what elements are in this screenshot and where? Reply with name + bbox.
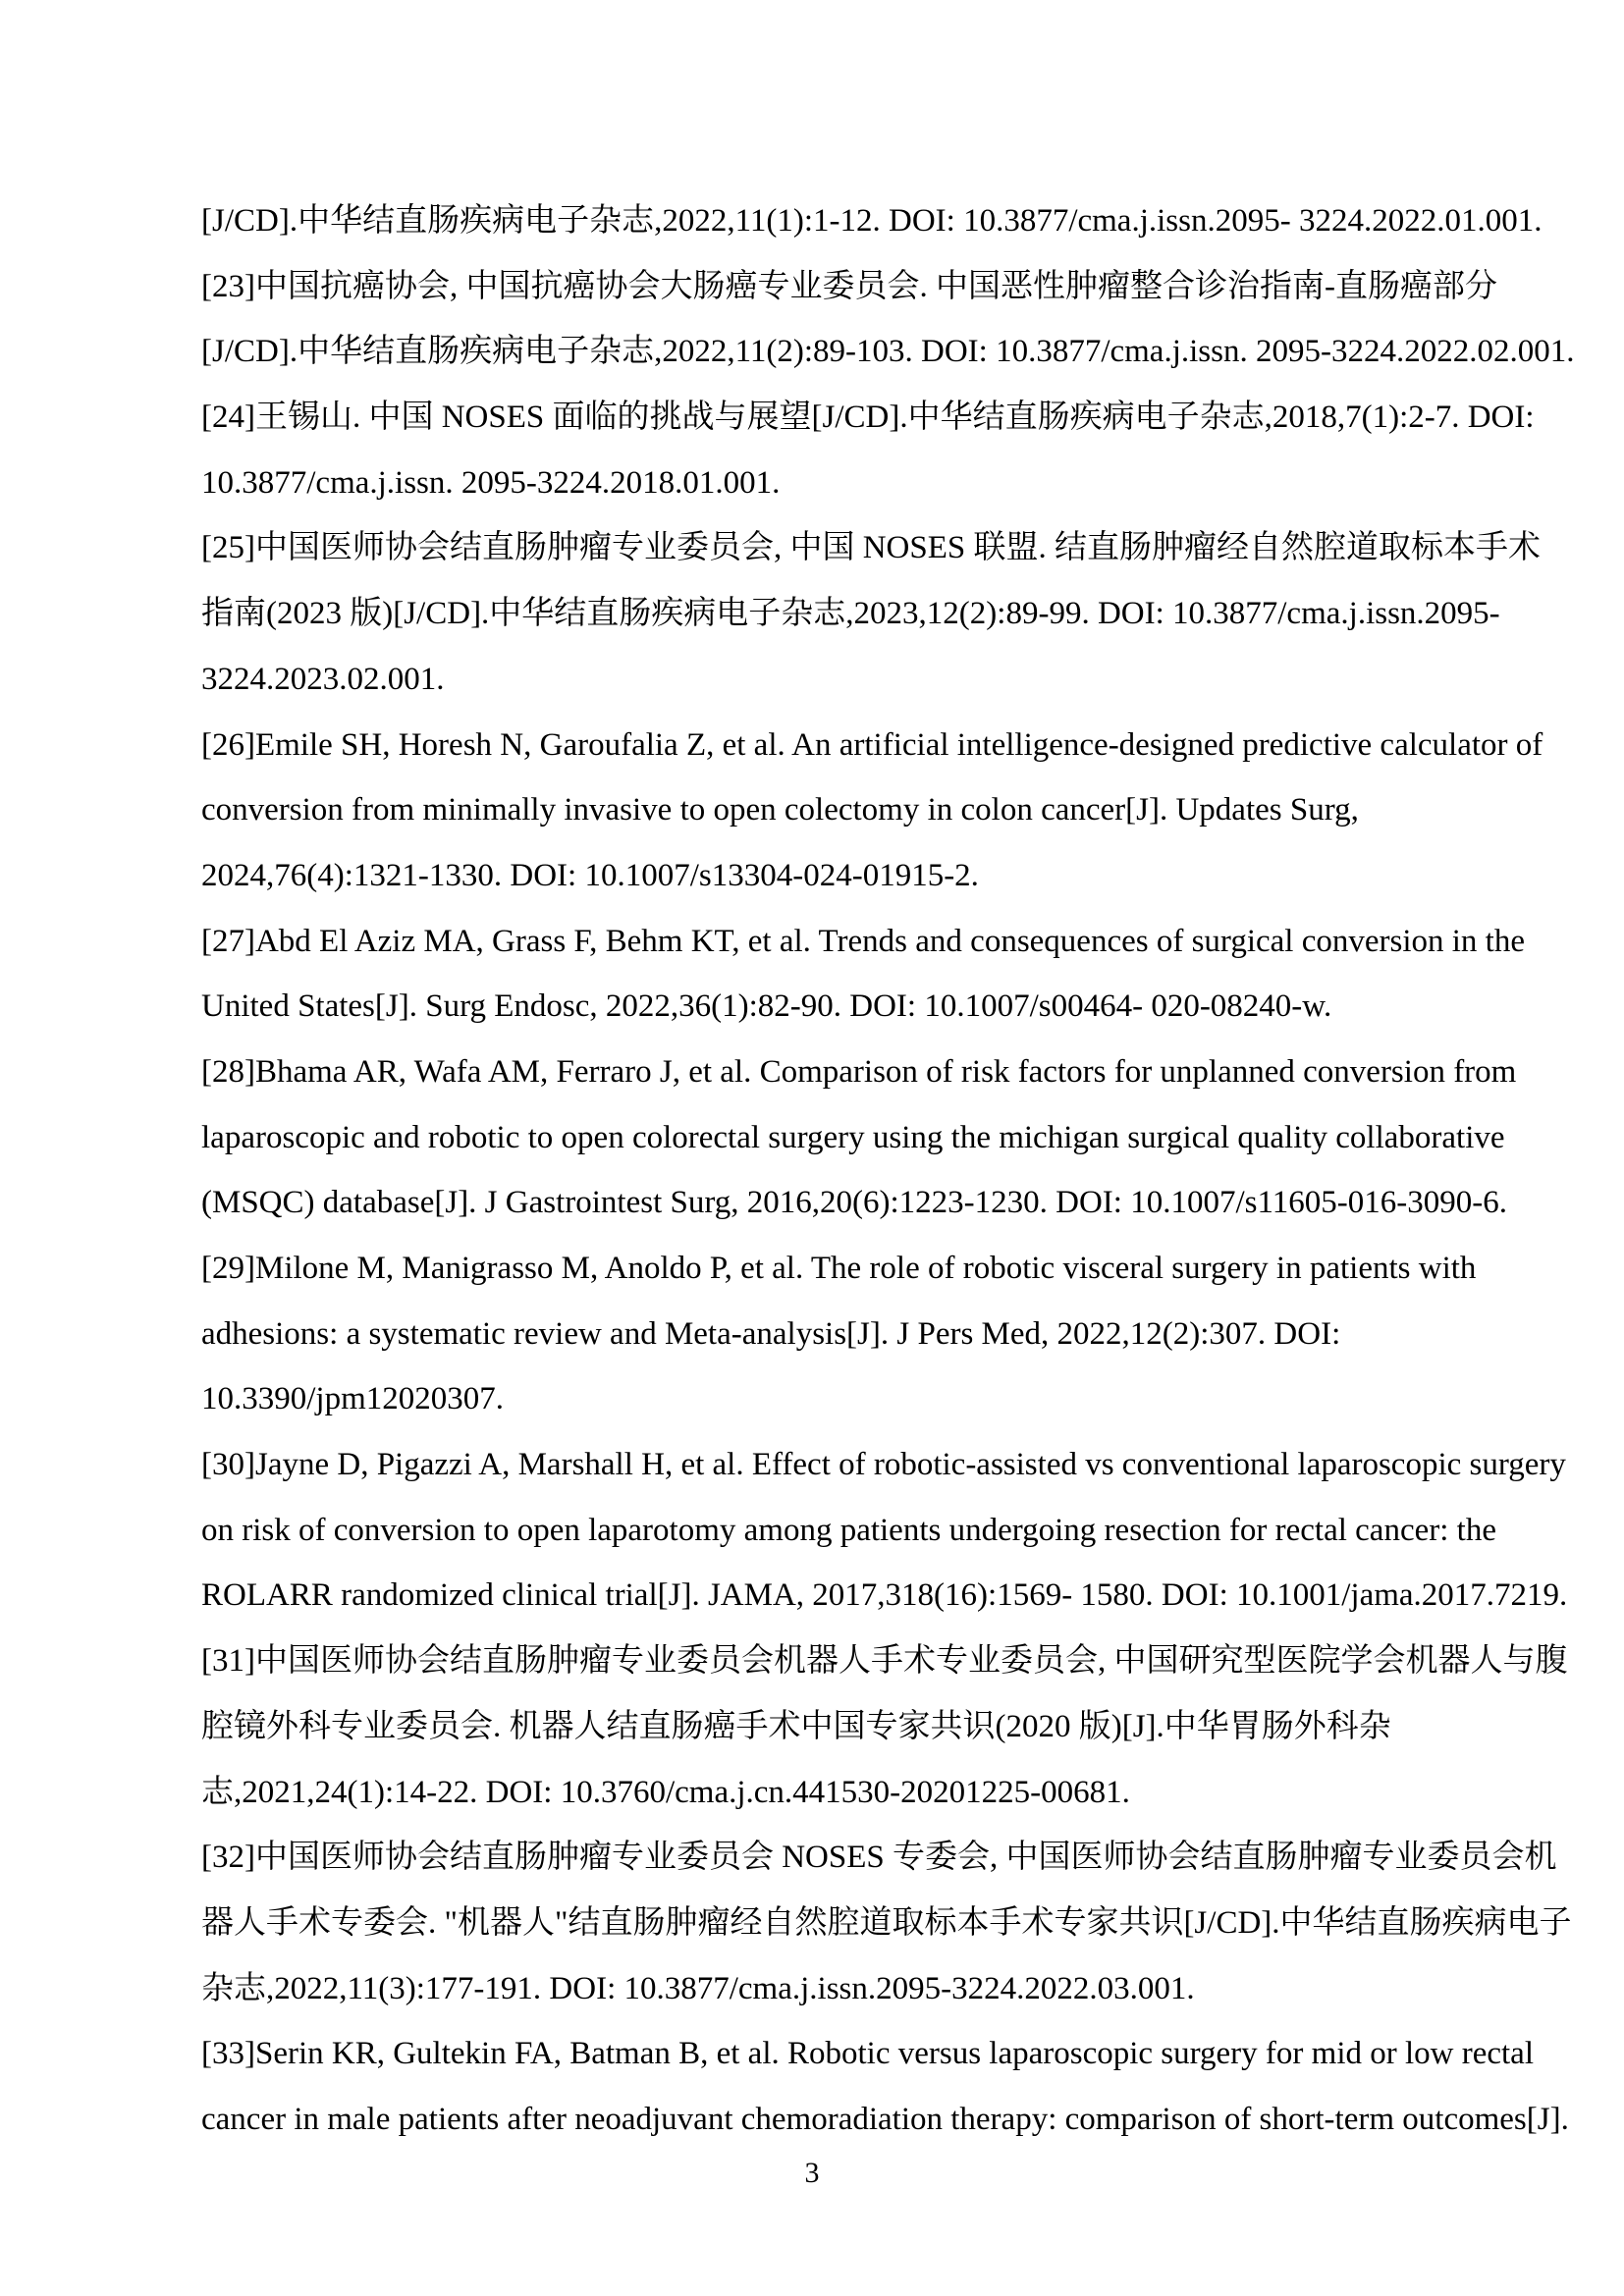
reference-line: 2024,76(4):1321-1330. DOI: 10.1007/s1330… — [201, 843, 1468, 909]
reference-line: adhesions: a systematic review and Meta-… — [201, 1302, 1468, 1367]
reference-line: 10.3390/jpm12020307. — [201, 1366, 1468, 1432]
reference-line: [24]王锡山. 中国 NOSES 面临的挑战与展望[J/CD].中华结直肠疾病… — [201, 385, 1468, 451]
reference-line: [32]中国医师协会结直肠肿瘤专业委员会 NOSES 专委会, 中国医师协会结直… — [201, 1825, 1468, 1891]
references-text-block: [J/CD].中华结直肠疾病电子杂志,2022,11(1):1-12. DOI:… — [201, 188, 1468, 2153]
reference-line: ROLARR randomized clinical trial[J]. JAM… — [201, 1563, 1468, 1629]
reference-line: (MSQC) database[J]. J Gastrointest Surg,… — [201, 1170, 1468, 1236]
reference-line: on risk of conversion to open laparotomy… — [201, 1498, 1468, 1564]
reference-line: United States[J]. Surg Endosc, 2022,36(1… — [201, 974, 1468, 1040]
reference-line: [29]Milone M, Manigrasso M, Anoldo P, et… — [201, 1236, 1468, 1302]
reference-line: 10.3877/cma.j.issn. 2095-3224.2018.01.00… — [201, 451, 1468, 516]
reference-line: [25]中国医师协会结直肠肿瘤专业委员会, 中国 NOSES 联盟. 结直肠肿瘤… — [201, 515, 1468, 581]
reference-line: [27]Abd El Aziz MA, Grass F, Behm KT, et… — [201, 909, 1468, 975]
reference-line: 3224.2023.02.001. — [201, 647, 1468, 713]
reference-line: [23]中国抗癌协会, 中国抗癌协会大肠癌专业委员会. 中国恶性肿瘤整合诊治指南… — [201, 254, 1468, 320]
reference-line: [30]Jayne D, Pigazzi A, Marshall H, et a… — [201, 1432, 1468, 1498]
reference-line: [28]Bhama AR, Wafa AM, Ferraro J, et al.… — [201, 1040, 1468, 1105]
reference-line: laparoscopic and robotic to open colorec… — [201, 1105, 1468, 1171]
reference-line: conversion from minimally invasive to op… — [201, 777, 1468, 843]
reference-line: 指南(2023 版)[J/CD].中华结直肠疾病电子杂志,2023,12(2):… — [201, 581, 1468, 647]
reference-line: cancer in male patients after neoadjuvan… — [201, 2087, 1468, 2153]
reference-line: [J/CD].中华结直肠疾病电子杂志,2022,11(1):1-12. DOI:… — [201, 188, 1468, 254]
reference-line: 杂志,2022,11(3):177-191. DOI: 10.3877/cma.… — [201, 1956, 1468, 2022]
reference-line: 器人手术专委会. "机器人"结直肠肿瘤经自然腔道取标本手术专家共识[J/CD].… — [201, 1891, 1468, 1956]
reference-line: [26]Emile SH, Horesh N, Garoufalia Z, et… — [201, 713, 1468, 778]
page-number: 3 — [0, 2156, 1624, 2191]
reference-line: 腔镜外科专业委员会. 机器人结直肠癌手术中国专家共识(2020 版)[J].中华… — [201, 1694, 1468, 1760]
reference-line: [33]Serin KR, Gultekin FA, Batman B, et … — [201, 2021, 1468, 2087]
reference-line: 志,2021,24(1):14-22. DOI: 10.3760/cma.j.c… — [201, 1760, 1468, 1826]
document-page: [J/CD].中华结直肠疾病电子杂志,2022,11(1):1-12. DOI:… — [0, 0, 1624, 2296]
reference-line: [J/CD].中华结直肠疾病电子杂志,2022,11(2):89-103. DO… — [201, 319, 1468, 385]
reference-line: [31]中国医师协会结直肠肿瘤专业委员会机器人手术专业委员会, 中国研究型医院学… — [201, 1629, 1468, 1694]
